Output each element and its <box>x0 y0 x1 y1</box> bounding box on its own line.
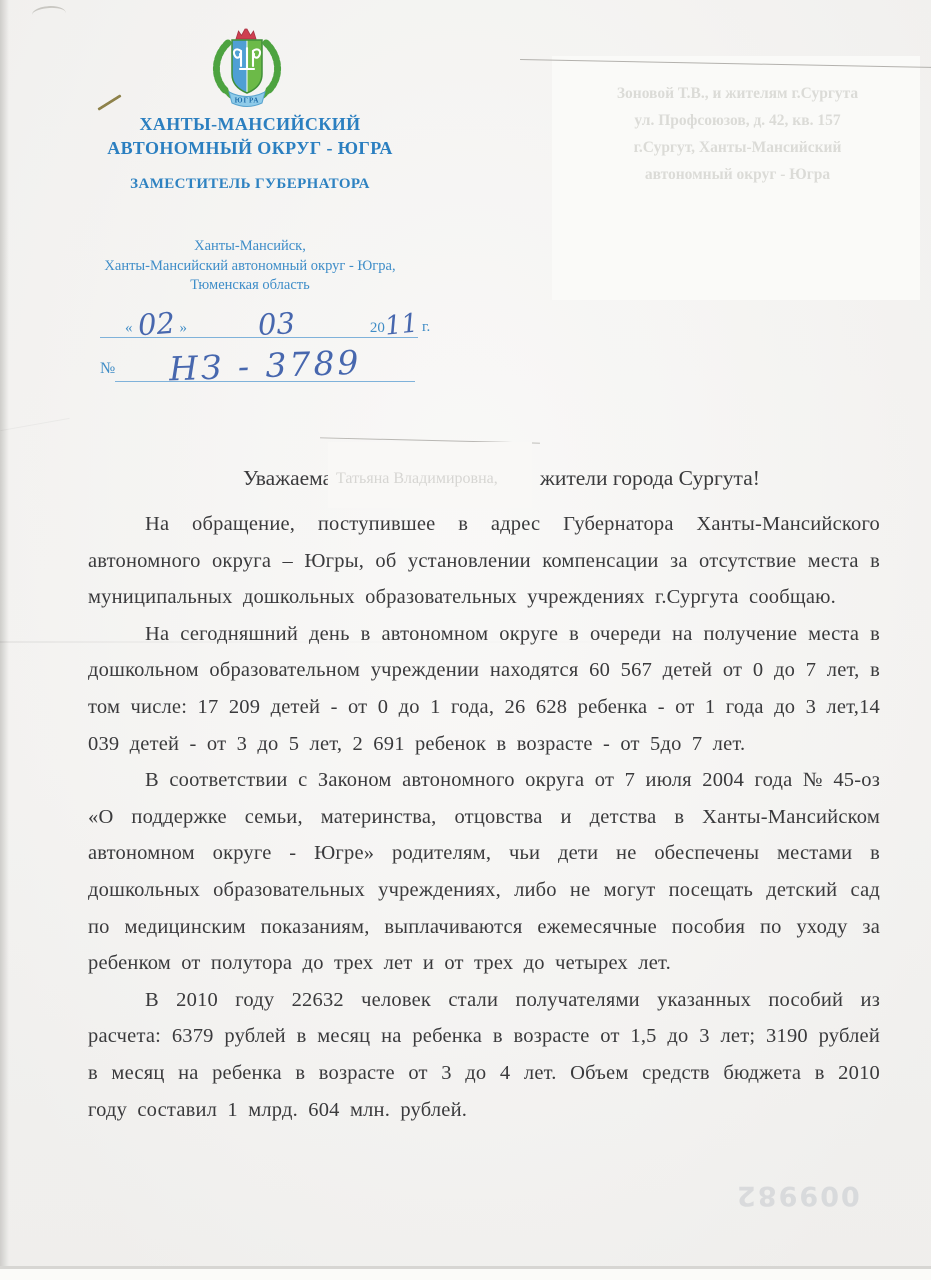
issuer-location: Ханты-Мансийск, Ханты-Мансийский автоном… <box>30 237 470 296</box>
number-field: НЗ - 3789 <box>115 351 415 382</box>
number-label: № <box>100 360 115 382</box>
department-title: ЗАМЕСТИТЕЛЬ ГУБЕРНАТОРА <box>40 176 460 193</box>
recipient-line: Зоновой Т.В., и жителям г.Сургута <box>565 80 910 107</box>
handwritten-day: 02 <box>132 309 181 338</box>
issuer-location-line: Ханты-Мансийск, <box>30 237 470 257</box>
letter-body: На обращение, поступившее в адрес Губерн… <box>88 506 880 1128</box>
redacted-recipient-name: Татьяна Владимировна, <box>336 470 526 488</box>
handwritten-number: НЗ - 3789 <box>169 348 362 384</box>
scan-left-edge <box>0 0 9 1280</box>
org-name-line2: АВТОНОМНЫЙ ОКРУГ - ЮГРА <box>40 136 460 160</box>
recipient-address: Зоновой Т.В., и жителям г.Сургута ул. Пр… <box>565 80 910 188</box>
body-paragraph-3: В соответствии с Законом автономного окр… <box>88 762 880 982</box>
pen-slash-mark <box>97 94 121 111</box>
emblem-ribbon-label: ЮГРА <box>235 97 260 105</box>
scanned-letter-page: ЮГРА ХАНТЫ-МАНСИЙСКИЙ АВТОНОМНЫЙ ОКРУГ -… <box>0 0 931 1280</box>
document-number-line: № НЗ - 3789 <box>100 338 460 382</box>
yugra-coat-of-arms-icon: ЮГРА <box>203 26 291 120</box>
org-name: ХАНТЫ-МАНСИЙСКИЙ АВТОНОМНЫЙ ОКРУГ - ЮГРА <box>40 112 460 160</box>
org-name-line1: ХАНТЫ-МАНСИЙСКИЙ <box>40 112 460 136</box>
recipient-line: автономный округ - Югра <box>565 161 910 188</box>
pencil-mark <box>31 4 66 23</box>
printed-year-prefix: 20 <box>370 320 385 337</box>
handwritten-month: 03 <box>257 310 295 338</box>
date-day-field: « 02 » <box>100 311 212 338</box>
issuer-location-line: Ханты-Мансийский автономный округ - Югра… <box>30 257 470 277</box>
handwritten-year: 11 <box>384 312 419 339</box>
recipient-line: ул. Профсоюзов, д. 42, кв. 157 <box>565 107 910 134</box>
open-quote: « <box>125 320 133 337</box>
body-paragraph-2: На сегодняшний день в автономном округе … <box>88 616 880 762</box>
issuer-location-line: Тюменская область <box>30 276 470 296</box>
date-line: « 02 » 03 20 11 г. <box>100 298 460 338</box>
body-paragraph-1: На обращение, поступившее в адрес Губерн… <box>88 506 880 616</box>
salutation-line: Уважаемая Татьяна Владимировна, жители г… <box>88 452 888 512</box>
body-paragraph-4: В 2010 году 22632 человек стали получате… <box>88 982 880 1128</box>
date-month-field: 03 <box>212 311 340 338</box>
salutation-suffix: жители города Сургута! <box>540 466 760 491</box>
year-suffix-label: г. <box>422 319 430 338</box>
paper-crease <box>0 418 69 431</box>
bleed-through-number: 009982 <box>735 1180 860 1211</box>
recipient-line: г.Сургут, Ханты-Мансийский <box>565 134 910 161</box>
scan-bottom-strip <box>0 1269 931 1280</box>
date-year-field: 20 11 <box>340 314 418 338</box>
